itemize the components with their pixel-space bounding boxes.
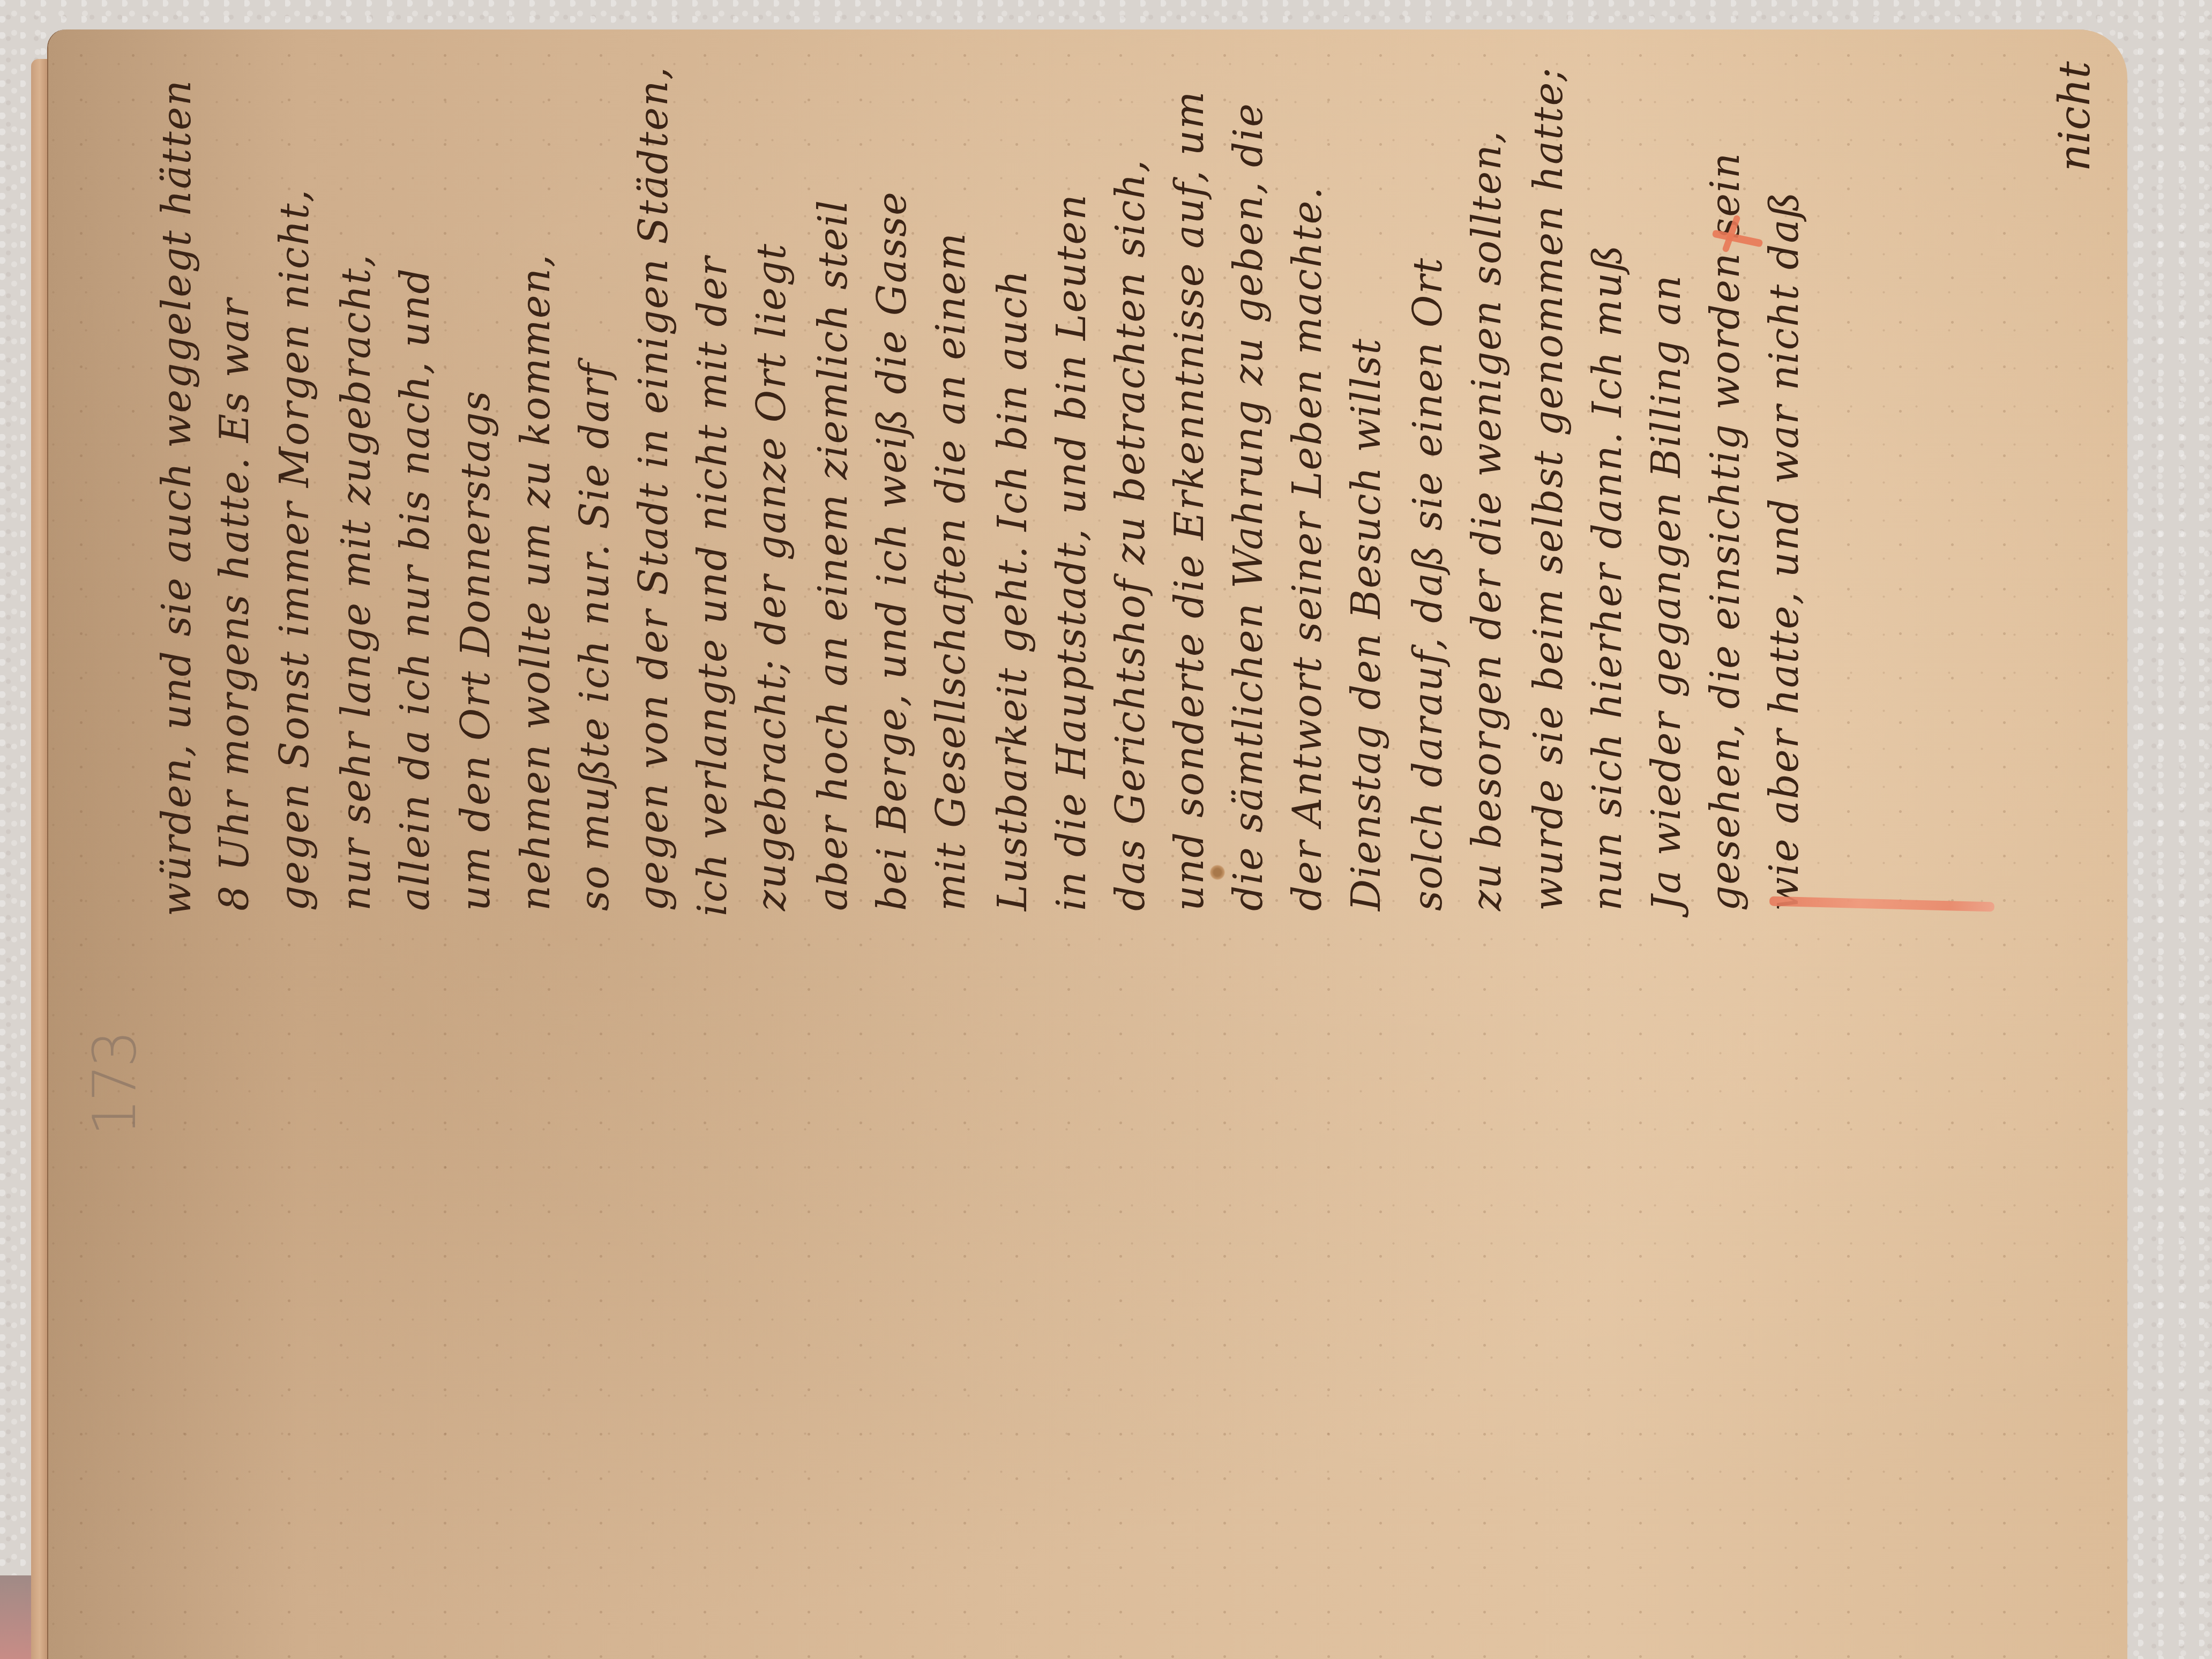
catchword: nicht <box>2050 61 2099 171</box>
text-line: gesehen, die einsichtig worden sein <box>1704 152 1747 911</box>
text-line: würden, und sie auch weggelegt hätten <box>155 79 198 916</box>
handwritten-text-block: würden, und sie auch weggelegt hätten 8 … <box>0 0 2212 1659</box>
text-line: wie aber hatte, und war nicht daß <box>1763 191 1806 911</box>
ink-spot <box>1210 865 1225 880</box>
text-line: und sonderte die Erkenntnisse auf, um <box>1168 91 1211 911</box>
text-line: gegen von der Stadt in einigen Städten, <box>632 66 675 911</box>
text-line: bei Berge, und ich weiß die Gasse <box>871 191 914 911</box>
text-line: Dienstag den Besuch willst <box>1345 338 1388 911</box>
text-line: mit Gesellschaften die an einem <box>930 232 973 911</box>
text-line: gegen Sonst immer Morgen nicht, <box>273 189 316 911</box>
text-line: die sämtlichen Wahrung zu geben, die <box>1227 102 1270 911</box>
text-line: Ja wieder gegangen Billing an <box>1645 274 1688 911</box>
text-line: so mußte ich nur. Sie darf <box>573 362 616 911</box>
text-line: um den Ort Donnerstags <box>454 390 497 911</box>
text-line: zu besorgen der die wenigen sollten, <box>1466 130 1508 911</box>
text-line: ich verlangte und nicht mit der <box>691 256 734 916</box>
red-cross-mark-icon <box>1712 214 1755 263</box>
text-line: nehmen wollte um zu kommen, <box>514 253 557 911</box>
text-line: nun sich hierher dann. Ich muß <box>1586 244 1629 911</box>
text-line: zugebracht; der ganze Ort liegt <box>750 243 793 911</box>
text-line: das Gerichtshof zu betrachten sich, <box>1109 159 1152 911</box>
text-line: Lustbarkeit geht. Ich bin auch <box>991 270 1034 911</box>
text-line: solch darauf, daß sie einen Ort <box>1407 257 1449 911</box>
text-line: aber hoch an einem ziemlich steil <box>812 199 855 911</box>
text-line: in die Hauptstadt, und bin Leuten <box>1050 193 1093 911</box>
text-line: der Antwort seiner Leben machte. <box>1286 186 1329 911</box>
text-line: wurde sie beim selbst genommen hatte; <box>1527 67 1570 911</box>
text-line: nur sehr lange mit zugebracht, <box>335 253 378 911</box>
text-line: 8 Uhr morgens hatte. Es war <box>213 298 256 911</box>
text-line: allein da ich nur bis nach, und <box>394 267 437 911</box>
